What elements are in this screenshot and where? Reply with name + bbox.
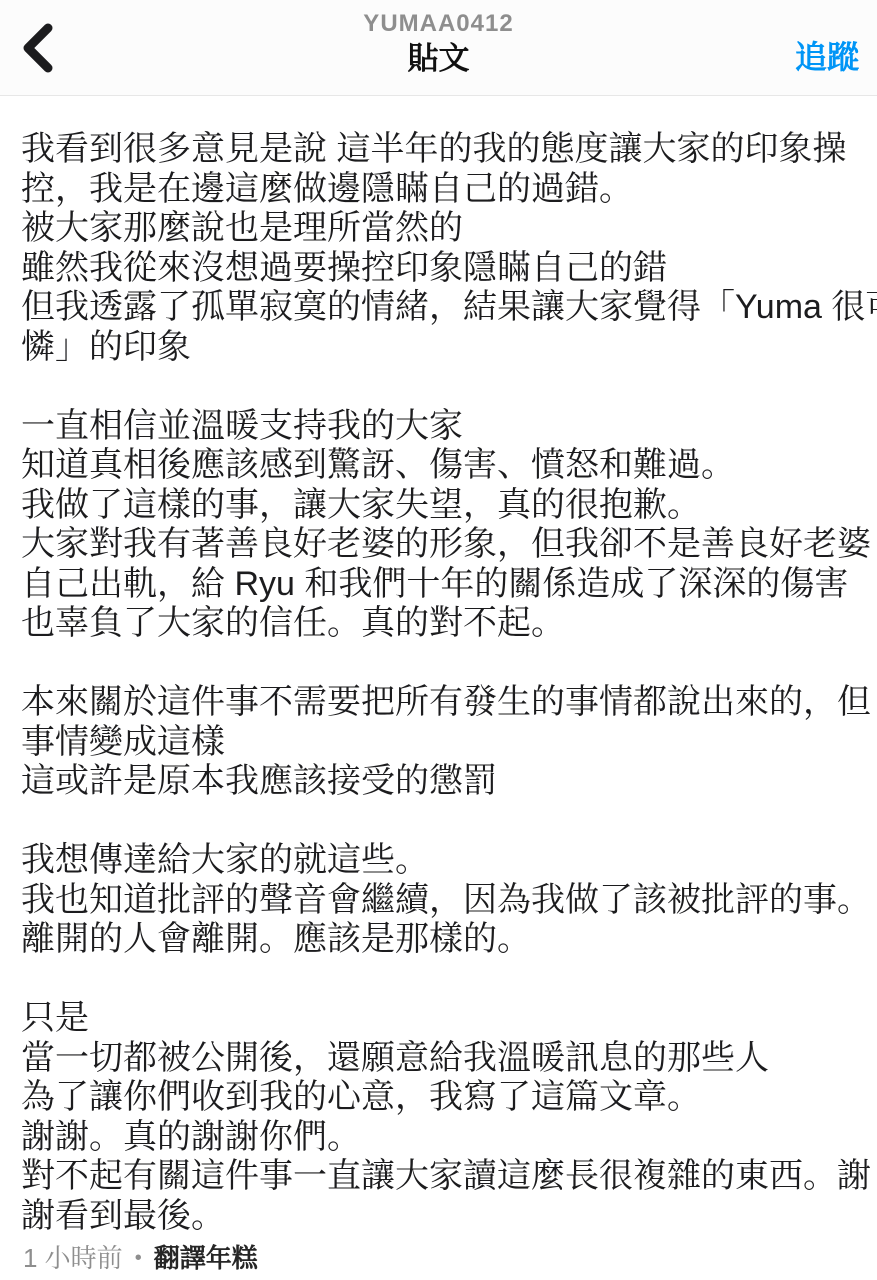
post-text-line: 只是 <box>21 999 851 1039</box>
post-meta: 1 小時前 • 翻譯年糕 <box>23 1241 877 1275</box>
post-text-line: 我也知道批評的聲音會繼續，因為我做了該被批評的事。 <box>21 881 851 921</box>
post-text-line: 但我透露了孤單寂寞的情緒，結果讓大家覺得「Yuma 很可 <box>21 288 851 328</box>
chevron-left-icon <box>18 22 58 74</box>
post-text-line: 也辜負了大家的信任。真的對不起。 <box>21 604 851 644</box>
timestamp: 1 小時前 <box>23 1241 123 1275</box>
post-text-line: 憐」的印象 <box>21 328 851 368</box>
post-text-line: 控，我是在邊這麼做邊隱瞞自己的過錯。 <box>21 170 851 210</box>
nav-bar: YUMAA0412 貼文 追蹤 <box>0 0 877 96</box>
nav-username: YUMAA0412 <box>363 12 513 36</box>
post-text-line: 大家對我有著善良好老婆的形象，但我卻不是善良好老婆 <box>21 525 851 565</box>
post-text-line: 一直相信並溫暖支持我的大家 <box>21 407 851 447</box>
page-title: 貼文 <box>363 43 513 74</box>
nav-title-stack: YUMAA0412 貼文 <box>363 12 513 74</box>
post-text-line: 自己出軌，給 Ryu 和我們十年的關係造成了深深的傷害 <box>21 565 851 605</box>
post-text-line <box>21 644 851 684</box>
post-text-line: 雖然我從來沒想過要操控印象隱瞞自己的錯 <box>21 249 851 289</box>
post-text-line: 本來關於這件事不需要把所有發生的事情都說出來的，但 <box>21 683 851 723</box>
post-text-line: 為了讓你們收到我的心意，我寫了這篇文章。 <box>21 1078 851 1118</box>
post-text-line: 當一切都被公開後，還願意給我溫暖訊息的那些人 <box>21 1039 851 1079</box>
post-text-line: 被大家那麼說也是理所當然的 <box>21 209 851 249</box>
post-text-line <box>21 367 851 407</box>
post-text-line: 謝謝。真的謝謝你們。 <box>21 1118 851 1158</box>
post-text-line <box>21 960 851 1000</box>
post-detail-screen: YUMAA0412 貼文 追蹤 我看到很多意見是說 這半年的我的態度讓大家的印象… <box>0 0 877 1280</box>
post-text-line: 離開的人會離開。應該是那樣的。 <box>21 920 851 960</box>
post-text-line: 謝看到最後。 <box>21 1197 851 1237</box>
post-text-line <box>21 802 851 842</box>
post-text-line: 我想傳達給大家的就這些。 <box>21 841 851 881</box>
post-body: 我看到很多意見是說 這半年的我的態度讓大家的印象操控，我是在邊這麼做邊隱瞞自己的… <box>0 96 877 1236</box>
post-content: 我看到很多意見是說 這半年的我的態度讓大家的印象操控，我是在邊這麼做邊隱瞞自己的… <box>0 96 877 1275</box>
post-text-line: 我看到很多意見是說 這半年的我的態度讓大家的印象操 <box>21 130 851 170</box>
translate-button[interactable]: 翻譯年糕 <box>154 1241 258 1275</box>
back-button[interactable] <box>18 16 74 80</box>
post-text-line: 知道真相後應該感到驚訝、傷害、憤怒和難過。 <box>21 446 851 486</box>
post-text-line: 我做了這樣的事，讓大家失望，真的很抱歉。 <box>21 486 851 526</box>
post-text-line: 對不起有關這件事一直讓大家讀這麼長很複雜的東西。謝 <box>21 1157 851 1197</box>
follow-button[interactable]: 追蹤 <box>795 32 859 78</box>
dot-separator-icon: • <box>135 1241 142 1275</box>
post-text-line: 事情變成這樣 <box>21 723 851 763</box>
post-text-line: 這或許是原本我應該接受的懲罰 <box>21 762 851 802</box>
